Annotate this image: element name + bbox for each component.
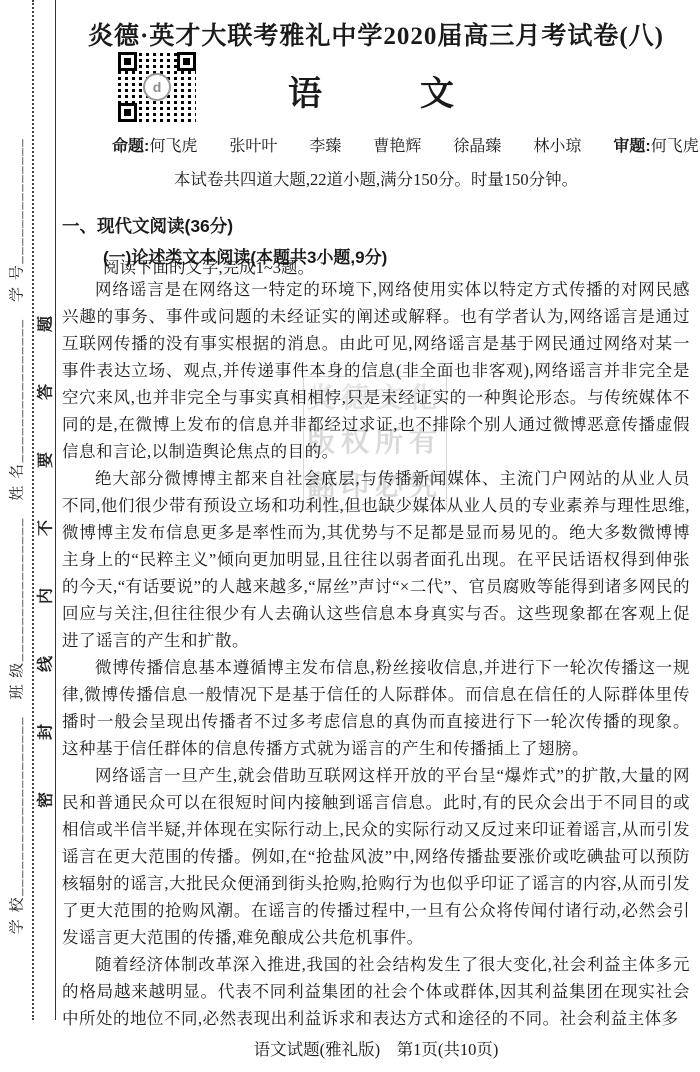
setters-names: 何飞虎 张叶叶 李臻 曹艳辉 徐晶臻 林小琼	[149, 138, 613, 155]
passage-paragraph: 绝大部分微博博主都来自社会底层,与传播新闻媒体、主流门户网站的从业人员不同,他们…	[62, 465, 690, 654]
page-footer: 语文试题(雅礼版) 第1页(共10页)	[56, 1036, 696, 1060]
setters-line: 命题:何飞虎 张叶叶 李臻 曹艳辉 徐晶臻 林小琼 审题:何飞虎	[112, 133, 699, 156]
passage-paragraph: 网络谣言一旦产生,就会借助互联网这样开放的平台呈“爆炸式”的扩散,大量的网民和普…	[62, 762, 690, 951]
seal-warning-text: 密封线内不要答题	[33, 264, 56, 808]
passage-paragraph: 网络谣言是在网络这一特定的环境下,网络使用实体以特定方式传播的对网民感兴趣的事务…	[62, 276, 690, 465]
passage-paragraph: 微博传播信息基本遵循博主发布信息,粉丝接收信息,并进行下一轮次传播这一规律,微博…	[62, 654, 690, 762]
reviewer-name: 何飞虎	[651, 138, 699, 155]
seal-solid-line	[55, 0, 56, 1020]
setters-label: 命题:	[112, 138, 149, 155]
student-info-fields: 学 校____________________ 班 级_____________…	[6, 138, 27, 935]
reading-instruction: 阅读下面的文字,完成1~3题。	[103, 254, 314, 278]
exam-info: 本试卷共四道大题,22道小题,满分150分。时量150分钟。	[56, 166, 696, 190]
exam-title: 炎德·英才大联考雅礼中学2020届高三月考试卷(八)	[56, 16, 696, 52]
subject-title: 语 文	[56, 66, 696, 115]
section-heading-modern-reading: 一、现代文阅读(36分)	[62, 213, 233, 238]
reading-passage: 网络谣言是在网络这一特定的环境下,网络使用实体以特定方式传播的对网民感兴趣的事务…	[62, 276, 690, 1034]
exam-page: 学 校____________________ 班 级_____________…	[0, 0, 700, 1072]
passage-paragraph: 随着经济体制改革深入推进,我国的社会结构发生了很大变化,社会利益主体多元的格局越…	[62, 951, 690, 1032]
reviewer-label: 审题:	[613, 138, 650, 155]
